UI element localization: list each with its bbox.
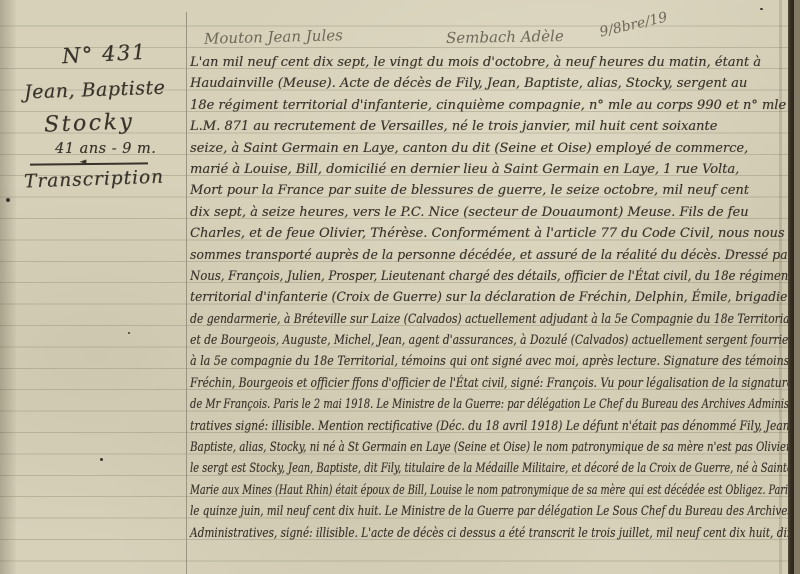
- act-line: le sergt est Stocky, Jean, Baptiste, dit…: [190, 458, 648, 479]
- act-line: 18e régiment territorial d'infanterie, c…: [190, 95, 793, 116]
- act-line: L'an mil neuf cent dix sept, le vingt du…: [190, 52, 793, 73]
- ink-speck: [6, 198, 10, 202]
- act-line: le quinze juin, mil neuf cent dix huit. …: [190, 501, 667, 522]
- act-line: de gendarmerie, à Bréteville sur Laize (…: [190, 309, 690, 330]
- deceased-first-names: Jean, Baptiste: [24, 77, 166, 104]
- ink-speck: [100, 458, 103, 461]
- act-line: Mort pour la France par suite de blessur…: [190, 180, 793, 201]
- act-line: L.M. 871 au recrutement de Versailles, n…: [190, 116, 793, 137]
- register-page-scan: N° 431 Jean, Baptiste Stocky 41 ans - 9 …: [0, 0, 800, 574]
- act-line: Nous, François, Julien, Prosper, Lieuten…: [190, 266, 731, 287]
- act-line: sommes transporté auprès de la personne …: [190, 245, 766, 266]
- act-line: tratives signé: illisible. Mention recti…: [190, 416, 691, 437]
- act-line: et de Bourgeois, Auguste, Michel, Jean, …: [190, 330, 687, 351]
- transcription-label: Transcription: [24, 167, 165, 193]
- act-line: Marie aux Mines (Haut Rhin) était époux …: [190, 480, 635, 501]
- act-line: à la 5e compagnie du 18e Territorial, té…: [190, 351, 702, 372]
- deceased-age: 41 ans - 9 m.: [55, 141, 156, 157]
- act-line: Haudainville (Meuse). Acte de décès de F…: [190, 73, 793, 94]
- act-line: Administratives, signé: illisible. L'act…: [190, 523, 678, 544]
- deceased-surname: Stocky: [44, 109, 135, 137]
- act-line: Charles, et de feue Olivier, Thérèse. Co…: [190, 223, 793, 244]
- age-underline: ◄: [30, 162, 148, 165]
- header-annotation-date: 9/8bre/19: [598, 9, 669, 40]
- act-line: Fréchin, Bourgeois et officier ffons d'o…: [190, 373, 684, 394]
- margin-vertical-rule: [186, 12, 187, 574]
- act-line: seize, à Saint Germain en Laye, canton d…: [190, 138, 793, 159]
- act-line: marié à Louise, Bill, domicilié en derni…: [190, 159, 793, 180]
- act-line: de Mr François. Paris le 2 mai 1918. Le …: [190, 394, 649, 415]
- header-annotation-center: Sembach Adèle: [446, 27, 564, 47]
- act-line: territorial d'infanterie (Croix de Guerr…: [190, 287, 761, 308]
- act-body-text: L'an mil neuf cent dix sept, le vingt du…: [190, 52, 793, 544]
- ink-speck: [760, 8, 763, 10]
- act-line: dix sept, à seize heures, vers le P.C. N…: [190, 202, 793, 223]
- page-left-edge-shadow: [0, 0, 16, 574]
- act-line: Baptiste, alias, Stocky, ni né à St Germ…: [190, 437, 663, 458]
- ink-speck: [128, 332, 130, 334]
- page-outer-edge: [794, 0, 800, 574]
- arrow-mark-icon: ◄: [79, 158, 86, 167]
- header-annotation-left: Mouton Jean Jules: [204, 26, 343, 48]
- act-number: N° 431: [61, 40, 147, 68]
